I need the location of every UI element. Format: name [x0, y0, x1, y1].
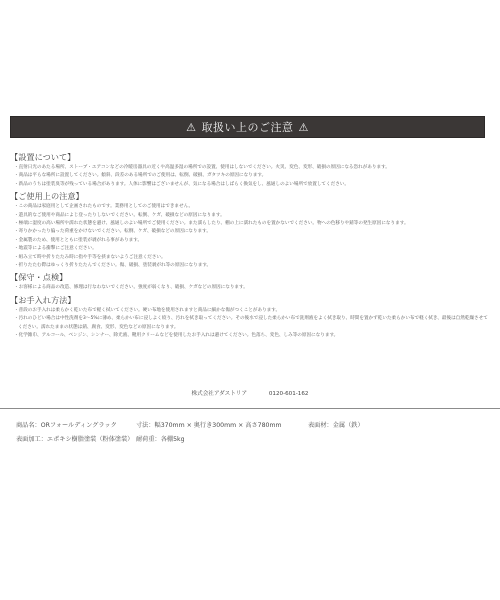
list-item: 直射日光のあたる場所、ストーブ・エアコンなどの冷暖房器具の近くや高温多湿の場所で… — [14, 164, 492, 172]
list-item: 地震等による衝撃にご注意ください。 — [14, 245, 492, 253]
bullet-list: お客様による商品の改造、修理は行なわないでください。強度が弱くなり、破損、ケガな… — [10, 284, 492, 292]
company-phone: 0120-601-162 — [269, 391, 309, 397]
bullet-list: 普段のお手入れは柔らかく乾いた布で軽く拭いてください。硬い布地を使用されますと商… — [10, 307, 492, 341]
banner-title: 取扱い上のご注意 — [202, 119, 294, 135]
company-name: 株式会社アダストリア — [192, 391, 248, 397]
list-item: 金属製のため、使用とともに塗装が剥がれる事があります。 — [14, 237, 492, 245]
warning-icon: ⚠ — [186, 121, 196, 134]
section-title: 【ご使用上の注意】 — [10, 191, 492, 202]
bullet-list: この商品は家庭用として企画されたものです。業務用としてのご使用はできません。 遊… — [10, 203, 492, 270]
spec-row: 表面加工：エポキシ樹脂塗装（粉体塗装） 耐荷重：各棚5kg — [16, 433, 376, 447]
section-title: 【保守・点検】 — [10, 272, 492, 283]
section-care-method: 【お手入れ方法】 普段のお手入れは柔らかく乾いた布で軽く拭いてください。硬い布地… — [10, 295, 492, 341]
list-item: 遊具的なご使用や商品によじ登ったりしないでください。転倒、ケガ、破損などの原因に… — [14, 212, 492, 220]
section-maintenance: 【保守・点検】 お客様による商品の改造、修理は行なわないでください。強度が弱くな… — [10, 272, 492, 292]
list-item: 新品のうちは塗装臭等が残っている場合があります。人体に影響はございませんが、気に… — [14, 181, 492, 189]
section-installation: 【設置について】 直射日光のあたる場所、ストーブ・エアコンなどの冷暖房器具の近く… — [10, 152, 492, 189]
spec-surface-material: 表面材：金属（鉄） — [308, 419, 364, 433]
section-usage-notes: 【ご使用上の注意】 この商品は家庭用として企画されたものです。業務用としてのご使… — [10, 191, 492, 270]
company-info: 株式会社アダストリア 0120-601-162 — [0, 389, 500, 397]
spec-product-name: 商品名：ORフォールディングラック — [16, 419, 124, 433]
bullet-list: 直射日光のあたる場所、ストーブ・エアコンなどの冷暖房器具の近くや高温多湿の場所で… — [10, 164, 492, 189]
list-item: 汚れのひどい場合は中性洗剤を3〜5%に薄め、柔らかい布に浸しよく絞り、汚れを拭き… — [14, 315, 492, 332]
divider — [0, 408, 500, 409]
product-specs: 商品名：ORフォールディングラック 寸法：幅370mm × 奥行き300mm ×… — [16, 419, 376, 447]
notice-content: 【設置について】 直射日光のあたる場所、ストーブ・エアコンなどの冷暖房器具の近く… — [10, 152, 492, 343]
spec-load-capacity: 耐荷重：各棚5kg — [136, 433, 185, 447]
list-item: この商品は家庭用として企画されたものです。業務用としてのご使用はできません。 — [14, 203, 492, 211]
list-item: 極端に湿度の高い場所や濡れた状態を避け、風通しのよい場所でご使用ください。また濡… — [14, 220, 492, 228]
list-item: 化学雑巾、アルコール、ベンジン、シンナー、除光液、靴用クリームなどを使用したお手… — [14, 332, 492, 340]
list-item: お客様による商品の改造、修理は行なわないでください。強度が弱くなり、破損、ケガな… — [14, 284, 492, 292]
section-title: 【お手入れ方法】 — [10, 295, 492, 306]
list-item: 普段のお手入れは柔らかく乾いた布で軽く拭いてください。硬い布地を使用されますと商… — [14, 307, 492, 315]
list-item: 組み立て時や折りたたみ時に指や手等を挟まないようご注意ください。 — [14, 254, 492, 262]
section-title: 【設置について】 — [10, 152, 492, 163]
warning-icon: ⚠ — [299, 121, 309, 134]
list-item: 折りたたむ際はゆっくり折りたたんでください。傷、破損、塗装剥がれ等の原因になりま… — [14, 262, 492, 270]
spec-surface-finish: 表面加工：エポキシ樹脂塗装（粉体塗装） — [16, 433, 124, 447]
notice-banner: ⚠ 取扱い上のご注意 ⚠ — [10, 116, 485, 138]
spec-dimensions: 寸法：幅370mm × 奥行き300mm × 高さ780mm — [136, 419, 296, 433]
list-item: 寄りかかったり偏った荷重をかけないでください。転倒、ケガ、破損などの原因になりま… — [14, 228, 492, 236]
list-item: 商品は平らな場所に設置してください。傾斜、段差のある場所でのご使用は、転倒、破損… — [14, 172, 492, 180]
spec-row: 商品名：ORフォールディングラック 寸法：幅370mm × 奥行き300mm ×… — [16, 419, 376, 433]
